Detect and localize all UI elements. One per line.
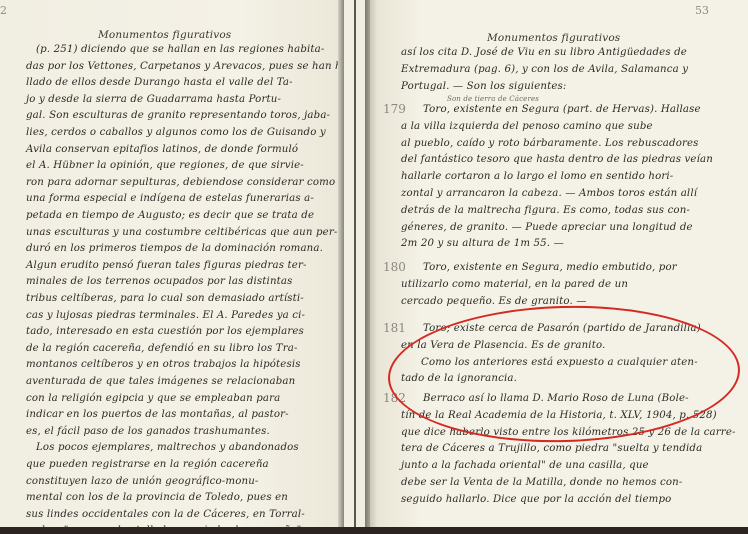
text-line: a la villa izquierda del penoso camino q…: [401, 121, 653, 132]
page-heading-right: Monumentos figurativos: [487, 32, 620, 44]
text-line: tera de Cáceres a Trujillo, como piedra …: [401, 443, 702, 454]
text-line: Son de tierra de Cáceres: [447, 95, 539, 103]
text-line: Los pocos ejemplares, maltrechos y aband…: [36, 442, 299, 453]
text-line: hallarle cortaron a lo largo el lomo en …: [401, 171, 673, 182]
page-number-right: 53: [695, 4, 709, 17]
text-line: tado, interesado en esta cuestión por lo…: [26, 326, 304, 337]
text-line: indicar en los puertos de las montañas, …: [26, 409, 289, 420]
text-line: junto a la fachada oriental" de una casi…: [401, 460, 649, 471]
text-line: ron para adornar sepulturas, debiendose …: [26, 177, 335, 188]
text-line: das por los Vettones, Carpetanos y Areva…: [26, 61, 344, 72]
book-spine: [338, 0, 380, 528]
text-line: sus lindes occidentales con la de Cácere…: [26, 509, 305, 520]
text-line: seguido hallarlo. Dice que por la acción…: [401, 494, 671, 505]
text-line: Algun erudito pensó fueran tales figuras…: [26, 260, 307, 271]
text-line: del fantástico tesoro que hasta dentro d…: [401, 154, 713, 165]
page-number-left: 2: [0, 4, 7, 17]
text-line: 2m 20 y su altura de 1m 55. —: [401, 238, 564, 249]
book-spread: 2 Monumentos figurativos (p. 251) dicien…: [0, 0, 748, 528]
text-line: Toro, existente en Segura (part. de Herv…: [423, 104, 701, 115]
text-line: unas esculturas y una costumbre celtibér…: [26, 227, 337, 238]
text-line: petada en tiempo de Augusto; es decir qu…: [26, 210, 314, 221]
text-line: que pueden registrarse en la región cace…: [26, 459, 269, 470]
entry-number: 181: [383, 321, 406, 335]
left-page: 2 Monumentos figurativos (p. 251) dicien…: [0, 0, 344, 528]
text-line: cas y lujosas piedras terminales. El A. …: [26, 310, 305, 321]
right-page: 53 Monumentos figurativos así los cita D…: [377, 0, 748, 528]
text-line: de la región cacereña, defendió en su li…: [26, 343, 298, 354]
text-line: detrás de la maltrecha figura. Es como, …: [401, 205, 690, 216]
text-line: montanos celtíberos y en otros trabajos …: [26, 359, 301, 370]
text-line: llado de ellos desde Durango hasta el va…: [26, 77, 293, 88]
text-line: lies, cerdos o caballos y algunos como l…: [26, 127, 326, 138]
page-heading-left: Monumentos figurativos: [98, 29, 231, 41]
text-line: el A. Hübner la opinión, que regiones, d…: [26, 160, 304, 171]
bottom-edge: [0, 527, 748, 534]
text-line: al pueblo, caído y roto bárbaramente. Lo…: [401, 138, 699, 149]
text-line: gal. Son esculturas de granito represent…: [26, 110, 330, 121]
text-line: jo y desde la sierra de Guadarrama hasta…: [26, 94, 281, 105]
text-line: Extremadura (pag. 6), y con los de Avila…: [401, 64, 688, 75]
text-line: duró en los primeros tiempos de la domin…: [26, 243, 323, 254]
text-line: utilizarlo como material, en la pared de…: [401, 279, 628, 290]
text-line: una forma especial e indígena de estelas…: [26, 193, 314, 204]
entry-number: 179: [383, 102, 406, 116]
entry-number: 180: [383, 260, 406, 274]
text-line: (p. 251) diciendo que se hallan en las r…: [36, 44, 325, 55]
text-line: es, el fácil paso de los ganados trashum…: [26, 426, 270, 437]
text-line: así los cita D. José de Viu en su libro …: [401, 47, 687, 58]
text-line: cercado pequeño. Es de granito. —: [401, 296, 587, 307]
text-line: géneres, de granito. — Puede apreciar un…: [401, 222, 693, 233]
text-line: aventurada de que tales imágenes se rela…: [26, 376, 295, 387]
text-line: zontal y arrancaron la cabeza. — Ambos t…: [401, 188, 697, 199]
text-line: con la religión egipcia y que se empleab…: [26, 393, 280, 404]
text-line: Avila conservan epitafios latinos, de do…: [26, 144, 298, 155]
text-line: mental con los de la provincia de Toledo…: [26, 492, 288, 503]
text-line: debe ser la Venta de la Matilla, donde n…: [401, 477, 682, 488]
text-line: tribus celtíberas, para lo cual son dema…: [26, 293, 304, 304]
text-line: minales de los terrenos ocupados por las…: [26, 276, 293, 287]
text-line: Toro, existente en Segura, medio embutid…: [423, 262, 677, 273]
text-line: constituyen lazo de unión geográfico-mon…: [26, 476, 259, 487]
text-line: Portugal. — Son los siguientes:: [401, 81, 566, 92]
